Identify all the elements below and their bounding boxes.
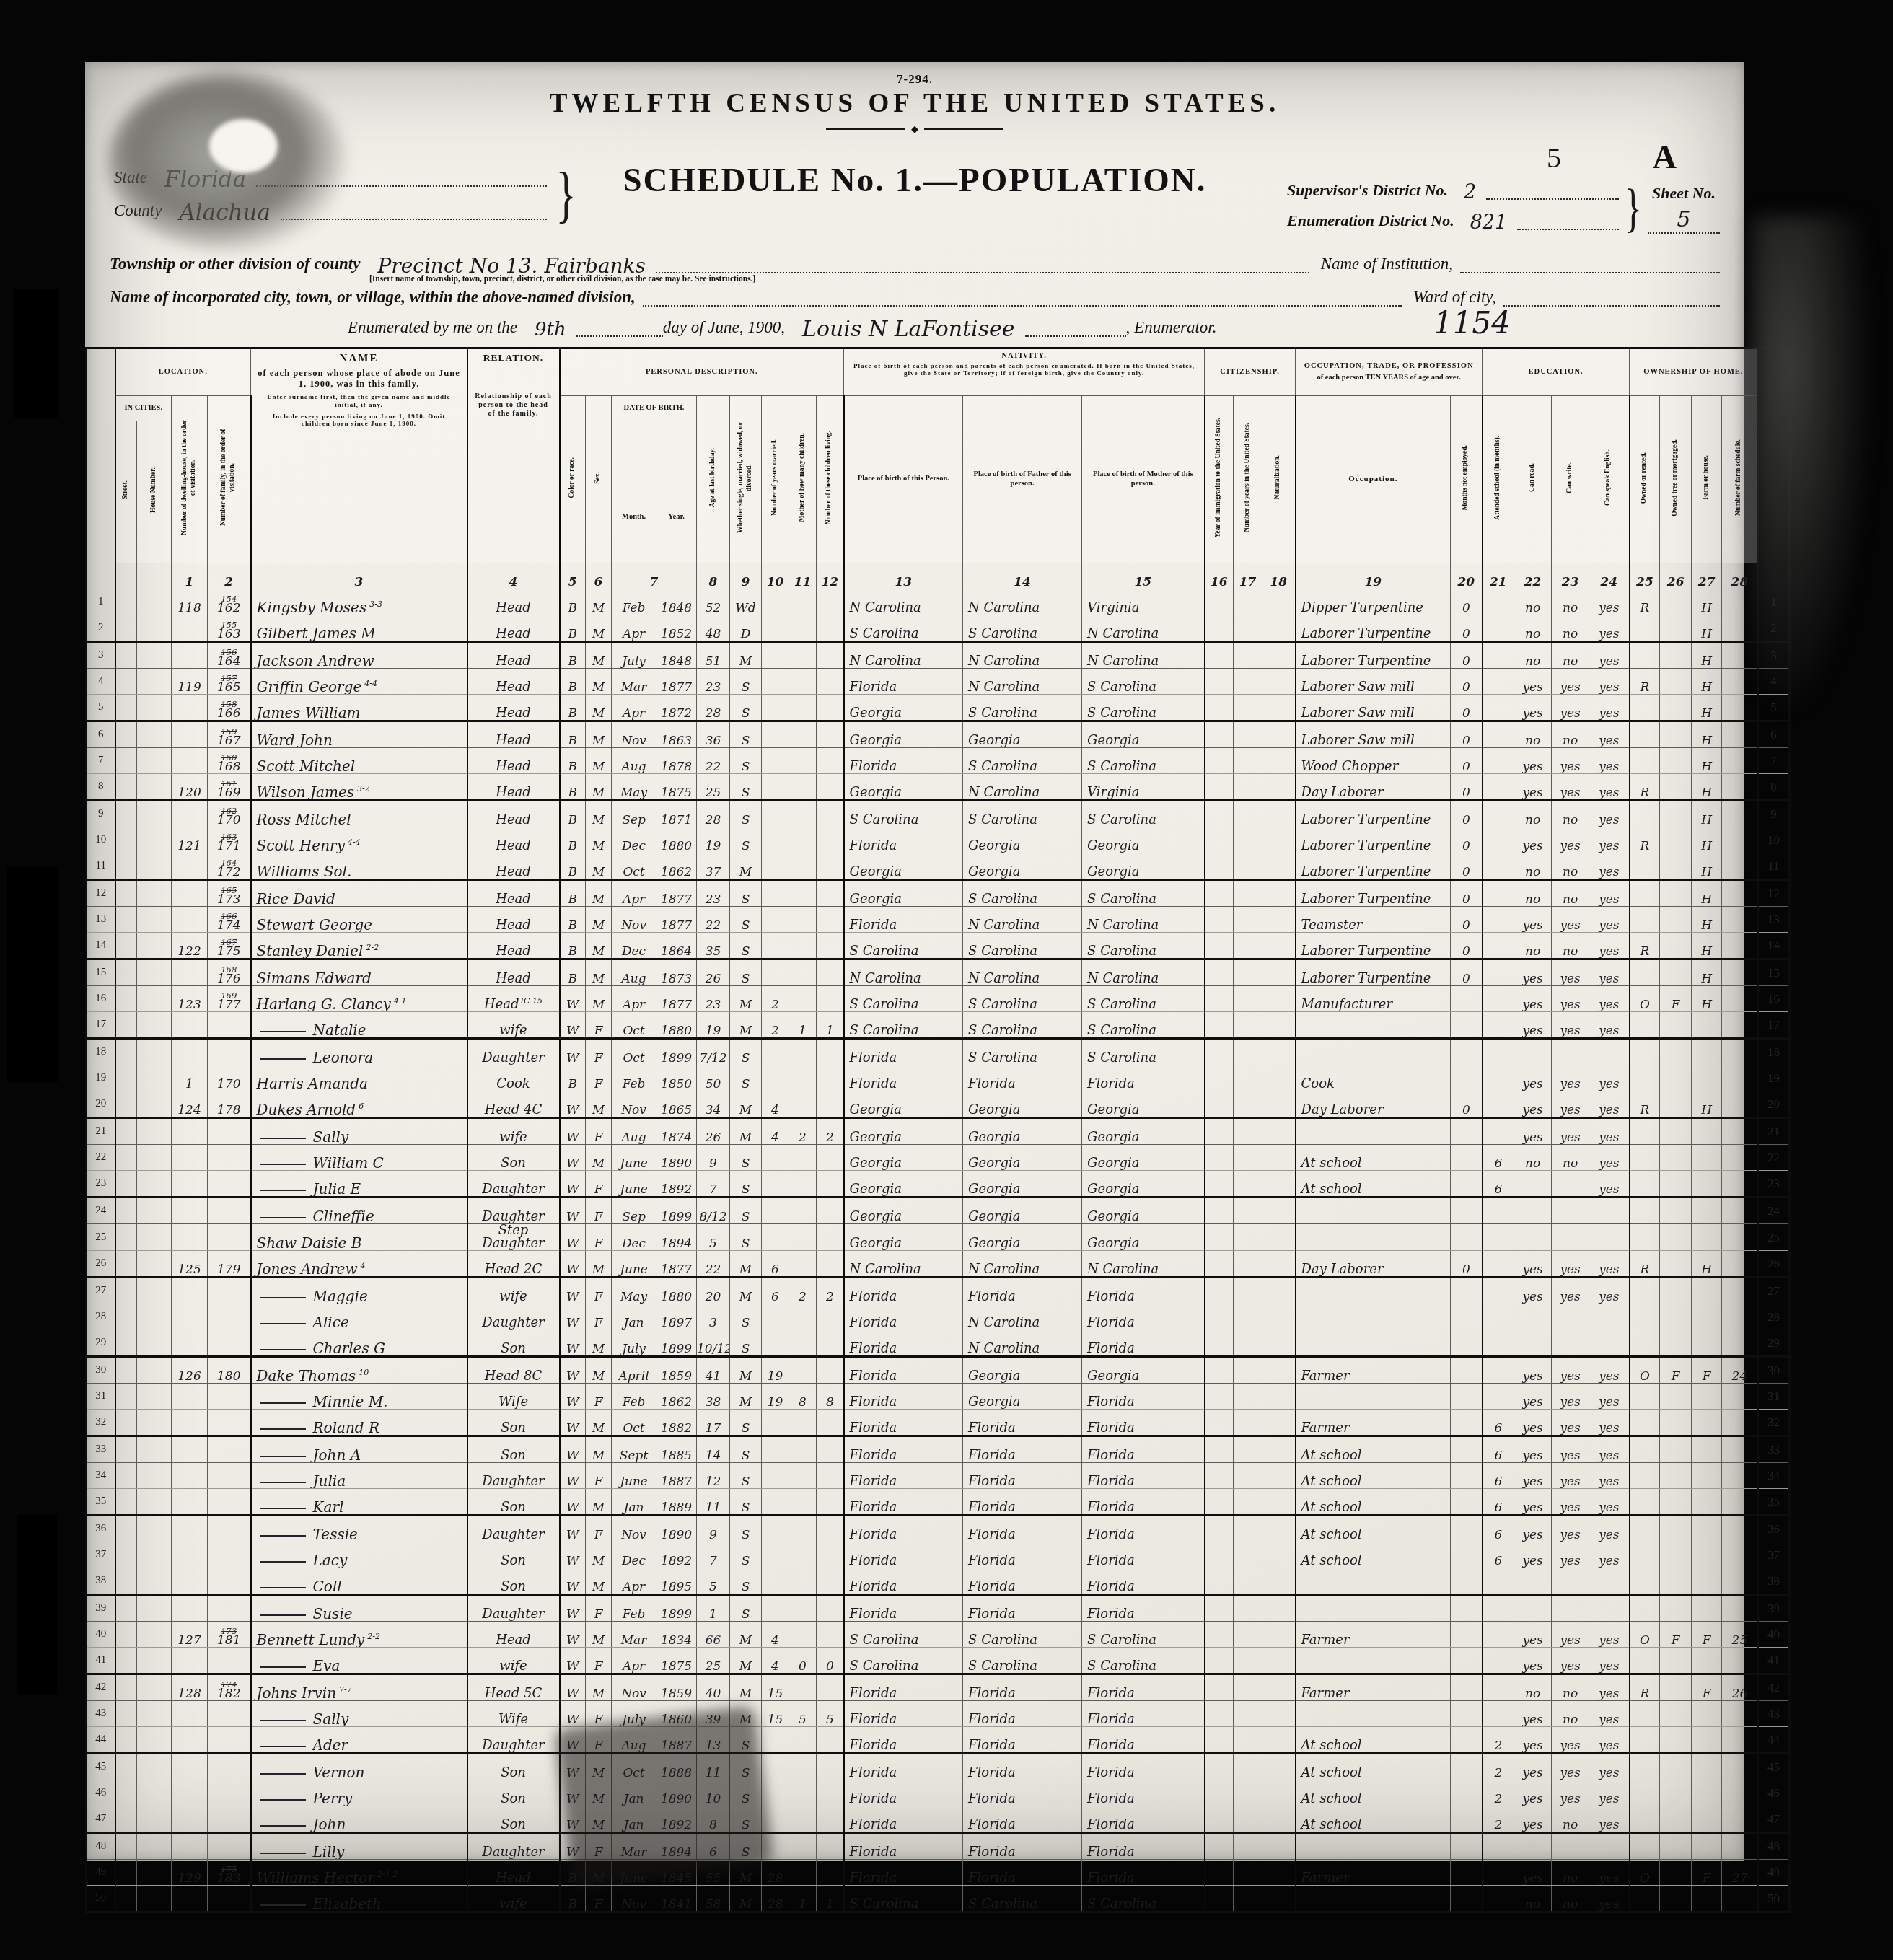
col-can-speak-english: yes bbox=[1589, 933, 1630, 959]
col-naturalization bbox=[1262, 1568, 1296, 1595]
col-children-living bbox=[817, 642, 844, 669]
row-number-left: 18 bbox=[87, 1039, 115, 1065]
row-number-right: 22 bbox=[1758, 1145, 1790, 1171]
row-number-left: 10 bbox=[87, 827, 115, 853]
col-marital-status: S bbox=[730, 1197, 762, 1224]
col-can-speak-english: yes bbox=[1589, 1622, 1630, 1648]
col-color-race: W bbox=[560, 1489, 586, 1516]
col-attended-school bbox=[1483, 1886, 1514, 1912]
col-naturalization bbox=[1262, 642, 1296, 669]
col-years-in-us bbox=[1234, 1278, 1262, 1304]
col-marital-status: S bbox=[730, 1171, 762, 1197]
col-free-mortgaged bbox=[1660, 1780, 1692, 1806]
col-children-living bbox=[817, 1197, 844, 1224]
col-can-read: no bbox=[1514, 721, 1552, 748]
col-name: Wilson James3-2 bbox=[251, 774, 467, 801]
col-farm-or-house: H bbox=[1692, 1251, 1722, 1278]
col-naturalization bbox=[1262, 748, 1296, 774]
col-mother-of-children bbox=[789, 615, 817, 642]
col-marital-status: D bbox=[730, 615, 762, 642]
col-months-not-employed bbox=[1451, 1860, 1483, 1886]
col-relation: Head bbox=[467, 1622, 560, 1648]
col-birthplace-mother: Florida bbox=[1082, 1674, 1205, 1701]
col-can-read: yes bbox=[1514, 1118, 1552, 1145]
col-birthplace-mother: Florida bbox=[1082, 1304, 1205, 1330]
col-children-living bbox=[817, 615, 844, 642]
col-can-read: yes bbox=[1514, 1384, 1552, 1410]
col-birthplace-father: Florida bbox=[963, 1065, 1082, 1091]
col-relation: wife bbox=[467, 1278, 560, 1304]
col-farm-or-house bbox=[1692, 1410, 1722, 1436]
col-mother-of-children bbox=[789, 1674, 817, 1701]
col-can-read: yes bbox=[1514, 695, 1552, 721]
col-farm-schedule bbox=[1722, 1595, 1758, 1622]
col-name: Jackson Andrew bbox=[251, 642, 467, 669]
col-years-married: 28 bbox=[762, 1886, 789, 1912]
col-color-race: B bbox=[560, 1886, 586, 1912]
col-farm-schedule: 27 bbox=[1722, 1860, 1758, 1886]
col-immigration-year bbox=[1205, 986, 1234, 1012]
col-owned-rented bbox=[1630, 1330, 1660, 1357]
col-immigration-year bbox=[1205, 1674, 1234, 1701]
person-row: 44AderDaughterWFAug188713SFloridaFlorida… bbox=[87, 1727, 1790, 1754]
col-can-write: no bbox=[1552, 589, 1589, 615]
ditto-mark bbox=[260, 1825, 306, 1827]
col-children-living bbox=[817, 827, 844, 853]
col-name: Vernon bbox=[251, 1754, 467, 1780]
col-years-in-us bbox=[1234, 1622, 1262, 1648]
col-naturalization bbox=[1262, 1118, 1296, 1145]
col-birthplace-mother: N Carolina bbox=[1082, 642, 1205, 669]
col-free-mortgaged bbox=[1660, 1384, 1692, 1410]
row-number-left: 35 bbox=[87, 1489, 115, 1516]
col-birthplace-mother: Florida bbox=[1082, 1436, 1205, 1463]
person-row: 191170Harris AmandaCookBFFeb185050SFlori… bbox=[87, 1065, 1790, 1091]
col-birthplace-father: S Carolina bbox=[963, 933, 1082, 959]
col-birthplace-mother: S Carolina bbox=[1082, 880, 1205, 907]
row-number-left: 11 bbox=[87, 853, 115, 880]
col-farm-schedule bbox=[1722, 748, 1758, 774]
col-can-read: yes bbox=[1514, 1701, 1552, 1727]
col-birth-year: 1862 bbox=[656, 853, 697, 880]
ditto-mark bbox=[260, 1614, 306, 1616]
col-sex: M bbox=[586, 1489, 612, 1516]
col-can-read bbox=[1514, 1833, 1552, 1860]
col-mother-of-children: 5 bbox=[789, 1701, 817, 1727]
row-number-right: 18 bbox=[1758, 1039, 1790, 1065]
col-months-not-employed bbox=[1451, 1701, 1483, 1727]
col-years-married bbox=[762, 1145, 789, 1171]
col-can-read: yes bbox=[1514, 748, 1552, 774]
col-years-in-us bbox=[1234, 589, 1262, 615]
col-owned-rented bbox=[1630, 1489, 1660, 1516]
col-can-speak-english: yes bbox=[1589, 1357, 1630, 1384]
col-attended-school bbox=[1483, 1860, 1514, 1886]
col-birth-year: 1848 bbox=[656, 642, 697, 669]
col-sex: M bbox=[586, 615, 612, 642]
col-attended-school: 2 bbox=[1483, 1754, 1514, 1780]
col-house-number bbox=[137, 642, 172, 669]
col-street bbox=[115, 669, 137, 695]
col-dwelling-number bbox=[172, 1278, 208, 1304]
enumerated-day: 9th bbox=[524, 322, 576, 337]
col-farm-schedule bbox=[1722, 1568, 1758, 1595]
col-birth-month: Mar bbox=[612, 669, 656, 695]
col-birthplace-mother: Florida bbox=[1082, 1833, 1205, 1860]
col-free-mortgaged bbox=[1660, 1833, 1692, 1860]
row-number-left: 46 bbox=[87, 1780, 115, 1806]
column-number-16: 16 bbox=[1205, 563, 1234, 589]
col-attended-school bbox=[1483, 959, 1514, 986]
ditto-mark bbox=[260, 1853, 306, 1854]
col-dwelling-number bbox=[172, 959, 208, 986]
col-can-read bbox=[1514, 1595, 1552, 1622]
row-number-left: 15 bbox=[87, 959, 115, 986]
col-naturalization bbox=[1262, 1357, 1296, 1384]
col-family-number bbox=[208, 1886, 251, 1912]
row-number-left: 5 bbox=[87, 695, 115, 721]
col-years-married bbox=[762, 1330, 789, 1357]
col-can-write: no bbox=[1552, 933, 1589, 959]
col-name: Ader bbox=[251, 1727, 467, 1754]
col-dwelling-number: 129 bbox=[172, 1860, 208, 1886]
col-years-in-us bbox=[1234, 1012, 1262, 1039]
col-dwelling-number bbox=[172, 1384, 208, 1410]
film-edge-mark bbox=[7, 866, 58, 1082]
col-can-read: yes bbox=[1514, 1278, 1552, 1304]
col-birthplace-father: N Carolina bbox=[963, 1304, 1082, 1330]
col-occupation: Laborer Turpentine bbox=[1296, 880, 1451, 907]
col-months-not-employed: 0 bbox=[1451, 1251, 1483, 1278]
column-number-13: 13 bbox=[844, 563, 963, 589]
person-row: 7160168Scott MitchelHeadBMAug187822SFlor… bbox=[87, 748, 1790, 774]
col-birth-month: Nov bbox=[612, 721, 656, 748]
col-children-living bbox=[817, 1516, 844, 1542]
col-birthplace-person: Florida bbox=[844, 1780, 963, 1806]
col-naturalization bbox=[1262, 1780, 1296, 1806]
col-name: Griffin George4-4 bbox=[251, 669, 467, 695]
left-brace: } bbox=[555, 158, 576, 230]
col-color-race: W bbox=[560, 1463, 586, 1489]
col-occupation bbox=[1296, 1648, 1451, 1674]
row-number-right: 36 bbox=[1758, 1516, 1790, 1542]
col-can-speak-english: yes bbox=[1589, 1118, 1630, 1145]
col-house-number bbox=[137, 1622, 172, 1648]
col-years-married: 19 bbox=[762, 1384, 789, 1410]
col-immigration-year bbox=[1205, 774, 1234, 801]
col-can-speak-english: yes bbox=[1589, 748, 1630, 774]
col-dwelling-number: 122 bbox=[172, 933, 208, 959]
person-row: 41EvawifeWFApr187525M400S CarolinaS Caro… bbox=[87, 1648, 1790, 1674]
col-dwelling-number: 126 bbox=[172, 1357, 208, 1384]
row-number-right: 12 bbox=[1758, 880, 1790, 907]
col-can-read bbox=[1514, 1330, 1552, 1357]
col-birthplace-father: Georgia bbox=[963, 1197, 1082, 1224]
col-attended-school bbox=[1483, 748, 1514, 774]
col-can-read bbox=[1514, 1568, 1552, 1595]
col-immigration-year bbox=[1205, 1806, 1234, 1833]
col-family-number bbox=[208, 1224, 251, 1251]
col-name: Dake Thomas10 bbox=[251, 1357, 467, 1384]
col-marital-status: S bbox=[730, 1489, 762, 1516]
col-mother-of-children bbox=[789, 748, 817, 774]
col-birthplace-person: Florida bbox=[844, 1595, 963, 1622]
col-birth-year: 1864 bbox=[656, 933, 697, 959]
col-birthplace-father: S Carolina bbox=[963, 986, 1082, 1012]
col-children-living bbox=[817, 1145, 844, 1171]
col-marital-status: S bbox=[730, 907, 762, 933]
col-header-owned-rented: Owned or rented. bbox=[1630, 396, 1660, 563]
col-birth-month: Jan bbox=[612, 1489, 656, 1516]
col-family-number: 178 bbox=[208, 1091, 251, 1118]
col-owned-rented: R bbox=[1630, 933, 1660, 959]
col-years-married bbox=[762, 1436, 789, 1463]
row-number-left: 24 bbox=[87, 1197, 115, 1224]
col-house-number bbox=[137, 1039, 172, 1065]
col-age: 50 bbox=[697, 1065, 730, 1091]
col-color-race: B bbox=[560, 801, 586, 827]
col-can-read: yes bbox=[1514, 1542, 1552, 1568]
col-can-speak-english: yes bbox=[1589, 1542, 1630, 1568]
col-naturalization bbox=[1262, 1542, 1296, 1568]
col-children-living bbox=[817, 880, 844, 907]
col-birth-month: Aug bbox=[612, 1118, 656, 1145]
col-house-number bbox=[137, 1568, 172, 1595]
col-immigration-year bbox=[1205, 1648, 1234, 1674]
col-sex: M bbox=[586, 1542, 612, 1568]
col-birthplace-mother: Georgia bbox=[1082, 1171, 1205, 1197]
col-age: 7 bbox=[697, 1542, 730, 1568]
row-number-right: 33 bbox=[1758, 1436, 1790, 1463]
col-can-write: yes bbox=[1552, 1251, 1589, 1278]
col-family-number: 157165 bbox=[208, 669, 251, 695]
col-farm-schedule bbox=[1722, 1384, 1758, 1410]
col-free-mortgaged bbox=[1660, 1410, 1692, 1436]
row-number-left: 40 bbox=[87, 1622, 115, 1648]
col-mother-of-children bbox=[789, 933, 817, 959]
column-number-12: 12 bbox=[817, 563, 844, 589]
col-birth-month: Oct bbox=[612, 1039, 656, 1065]
col-age: 22 bbox=[697, 748, 730, 774]
col-age: 48 bbox=[697, 615, 730, 642]
col-mother-of-children bbox=[789, 986, 817, 1012]
col-owned-rented bbox=[1630, 1304, 1660, 1330]
col-dwelling-number bbox=[172, 1595, 208, 1622]
col-birth-year: 1848 bbox=[656, 589, 697, 615]
col-marital-status: S bbox=[730, 1436, 762, 1463]
col-birth-month: Mar bbox=[612, 1622, 656, 1648]
col-family-number: 169177 bbox=[208, 986, 251, 1012]
col-years-married bbox=[762, 853, 789, 880]
col-naturalization bbox=[1262, 1701, 1296, 1727]
col-birthplace-person: Florida bbox=[844, 907, 963, 933]
col-occupation: At school bbox=[1296, 1727, 1451, 1754]
col-free-mortgaged bbox=[1660, 1436, 1692, 1463]
row-number-right: 19 bbox=[1758, 1065, 1790, 1091]
col-occupation bbox=[1296, 1304, 1451, 1330]
col-farm-schedule bbox=[1722, 1091, 1758, 1118]
col-family-number: 170 bbox=[208, 1065, 251, 1091]
col-farm-or-house: H bbox=[1692, 589, 1722, 615]
person-row: 2155163Gilbert James MHeadBMApr185248DS … bbox=[87, 615, 1790, 642]
col-can-speak-english bbox=[1589, 1224, 1630, 1251]
col-birthplace-mother: Florida bbox=[1082, 1410, 1205, 1436]
ditto-mark bbox=[260, 1297, 306, 1298]
col-naturalization bbox=[1262, 959, 1296, 986]
col-relation: Daughter bbox=[467, 1516, 560, 1542]
col-can-speak-english: yes bbox=[1589, 1701, 1630, 1727]
col-name: Bennett Lundy2-2 bbox=[251, 1622, 467, 1648]
col-house-number bbox=[137, 1145, 172, 1171]
col-children-living bbox=[817, 1860, 844, 1886]
col-immigration-year bbox=[1205, 959, 1234, 986]
col-occupation: Day Laborer bbox=[1296, 1091, 1451, 1118]
row-number-left: 34 bbox=[87, 1463, 115, 1489]
col-farm-schedule bbox=[1722, 801, 1758, 827]
col-marital-status: M bbox=[730, 1251, 762, 1278]
col-can-speak-english: yes bbox=[1589, 801, 1630, 827]
blank-cell bbox=[87, 563, 115, 589]
col-birthplace-father: Georgia bbox=[963, 1118, 1082, 1145]
col-naturalization bbox=[1262, 721, 1296, 748]
ink-smudge bbox=[554, 1705, 774, 1887]
row-number-left: 21 bbox=[87, 1118, 115, 1145]
col-years-married: 15 bbox=[762, 1674, 789, 1701]
person-row: 42128174182Johns Irvin7-7Head 5CWMNov185… bbox=[87, 1674, 1790, 1701]
col-name: Perry bbox=[251, 1780, 467, 1806]
col-birthplace-person: Florida bbox=[844, 1436, 963, 1463]
col-can-speak-english: yes bbox=[1589, 1091, 1630, 1118]
col-family-number: 154162 bbox=[208, 589, 251, 615]
col-years-in-us bbox=[1234, 748, 1262, 774]
col-birthplace-father: Georgia bbox=[963, 853, 1082, 880]
col-street bbox=[115, 1595, 137, 1622]
col-age: 36 bbox=[697, 721, 730, 748]
col-farm-schedule bbox=[1722, 1780, 1758, 1806]
col-birth-month: Sep bbox=[612, 1197, 656, 1224]
col-owned-rented bbox=[1630, 1171, 1660, 1197]
col-can-write: no bbox=[1552, 615, 1589, 642]
col-mother-of-children bbox=[789, 1489, 817, 1516]
col-marital-status: M bbox=[730, 986, 762, 1012]
ditto-mark bbox=[260, 1561, 306, 1563]
col-age: 9 bbox=[697, 1145, 730, 1171]
col-naturalization bbox=[1262, 1463, 1296, 1489]
person-row: 22William CSonWMJune18909SGeorgiaGeorgia… bbox=[87, 1145, 1790, 1171]
col-birthplace-person: S Carolina bbox=[844, 801, 963, 827]
col-dwelling-number: 123 bbox=[172, 986, 208, 1012]
col-header-occupation: Occupation. bbox=[1296, 396, 1451, 563]
col-children-living bbox=[817, 1674, 844, 1701]
col-children-living bbox=[817, 986, 844, 1012]
col-birthplace-mother: Georgia bbox=[1082, 1091, 1205, 1118]
col-marital-status: M bbox=[730, 1278, 762, 1304]
col-can-write: yes bbox=[1552, 1357, 1589, 1384]
col-age: 9 bbox=[697, 1516, 730, 1542]
col-marital-status: S bbox=[730, 1039, 762, 1065]
col-can-write: no bbox=[1552, 1701, 1589, 1727]
col-birthplace-father: Georgia bbox=[963, 721, 1082, 748]
col-birth-month: Apr bbox=[612, 695, 656, 721]
col-age: 8/12 bbox=[697, 1197, 730, 1224]
ornament-divider: ◆ bbox=[110, 123, 1720, 135]
col-years-married: 15 bbox=[762, 1701, 789, 1727]
col-age: 19 bbox=[697, 827, 730, 853]
col-immigration-year bbox=[1205, 1357, 1234, 1384]
col-age: 52 bbox=[697, 589, 730, 615]
col-years-in-us bbox=[1234, 1436, 1262, 1463]
col-mother-of-children bbox=[789, 1357, 817, 1384]
col-months-not-employed bbox=[1451, 1039, 1483, 1065]
supervisor-district-value: 2 bbox=[1454, 185, 1486, 200]
col-birth-month: May bbox=[612, 774, 656, 801]
col-birthplace-mother: Florida bbox=[1082, 1463, 1205, 1489]
col-farm-or-house bbox=[1692, 1197, 1722, 1224]
col-free-mortgaged bbox=[1660, 1727, 1692, 1754]
col-owned-rented bbox=[1630, 1542, 1660, 1568]
col-birth-month: Apr bbox=[612, 1568, 656, 1595]
col-birthplace-mother: Georgia bbox=[1082, 1357, 1205, 1384]
col-header-street: Street. bbox=[115, 421, 137, 563]
col-attended-school bbox=[1483, 1251, 1514, 1278]
col-mother-of-children bbox=[789, 774, 817, 801]
col-dwelling-number bbox=[172, 1701, 208, 1727]
col-relation: Head bbox=[467, 853, 560, 880]
col-years-in-us bbox=[1234, 1171, 1262, 1197]
row-number-left: 43 bbox=[87, 1701, 115, 1727]
col-birthplace-mother: Virginia bbox=[1082, 589, 1205, 615]
col-years-in-us bbox=[1234, 1568, 1262, 1595]
col-family-number bbox=[208, 1806, 251, 1833]
col-header-months-not-employed: Months not employed. bbox=[1451, 396, 1483, 563]
col-years-in-us bbox=[1234, 1330, 1262, 1357]
person-row: 46PerrySonWMJan189010SFloridaFloridaFlor… bbox=[87, 1780, 1790, 1806]
col-sex: M bbox=[586, 1357, 612, 1384]
col-birthplace-person: Florida bbox=[844, 1357, 963, 1384]
col-color-race: B bbox=[560, 880, 586, 907]
col-marital-status: S bbox=[730, 1595, 762, 1622]
col-birthplace-person: Georgia bbox=[844, 1091, 963, 1118]
col-can-read: no bbox=[1514, 642, 1552, 669]
col-color-race: W bbox=[560, 1595, 586, 1622]
col-immigration-year bbox=[1205, 1622, 1234, 1648]
col-color-race: B bbox=[560, 1065, 586, 1091]
col-relation: Head bbox=[467, 695, 560, 721]
col-occupation bbox=[1296, 1278, 1451, 1304]
col-immigration-year bbox=[1205, 853, 1234, 880]
col-immigration-year bbox=[1205, 721, 1234, 748]
col-immigration-year bbox=[1205, 1754, 1234, 1780]
col-birthplace-father: Florida bbox=[963, 1463, 1082, 1489]
col-relation: Daughter bbox=[467, 1039, 560, 1065]
col-birth-year: 1859 bbox=[656, 1357, 697, 1384]
col-age: 34 bbox=[697, 1091, 730, 1118]
col-color-race: W bbox=[560, 1648, 586, 1674]
col-house-number bbox=[137, 1357, 172, 1384]
col-relation: Head bbox=[467, 827, 560, 853]
col-years-married bbox=[762, 1039, 789, 1065]
col-dwelling-number bbox=[172, 1463, 208, 1489]
col-free-mortgaged bbox=[1660, 1330, 1692, 1357]
col-attended-school bbox=[1483, 907, 1514, 933]
col-birthplace-father: Georgia bbox=[963, 1224, 1082, 1251]
col-birth-year: 1890 bbox=[656, 1145, 697, 1171]
col-birth-month: Aug bbox=[612, 748, 656, 774]
col-sex: M bbox=[586, 801, 612, 827]
row-number-right: 44 bbox=[1758, 1727, 1790, 1754]
col-can-write: yes bbox=[1552, 1542, 1589, 1568]
col-street bbox=[115, 695, 137, 721]
